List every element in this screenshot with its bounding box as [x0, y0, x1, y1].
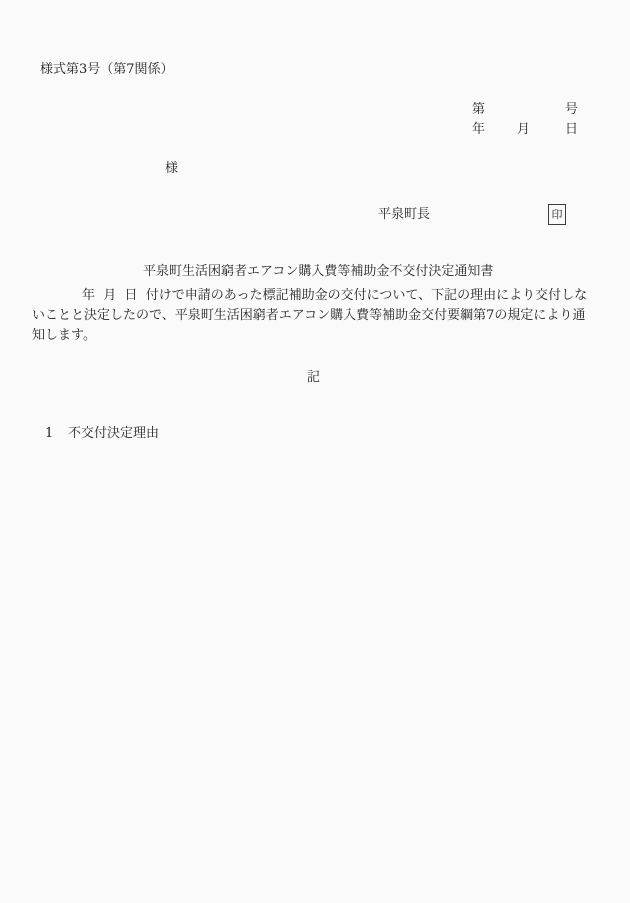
- item-1-number: 1: [45, 426, 53, 442]
- item-1-label: 不交付決定理由: [68, 426, 159, 442]
- seal-box: 印: [548, 204, 566, 225]
- record-heading: 記: [307, 370, 320, 386]
- date-day-label: 日: [565, 122, 578, 138]
- seal-character: 印: [552, 208, 563, 221]
- notice-document-page: 様式第3号（第7関係） 第 号 年 月 日 様 平泉町長 印 平泉町生活困窮者エ…: [0, 0, 630, 903]
- body-text-line-1: 年 月 日 付けで申請のあった標記補助金の交付について、下記の理由により交付しな: [82, 288, 587, 304]
- form-number-label: 様式第3号（第7関係）: [40, 62, 174, 78]
- document-number-suffix: 号: [565, 102, 578, 118]
- date-year-label: 年: [472, 122, 485, 138]
- body-text-line-2: いことと決定したので、平泉町生活困窮者エアコン購入費等補助金交付要綱第7の規定に…: [32, 308, 585, 324]
- body-text-line-3: 知します。: [32, 328, 96, 344]
- document-title: 平泉町生活困窮者エアコン購入費等補助金不交付決定通知書: [143, 264, 493, 280]
- sender-title: 平泉町長: [378, 207, 430, 223]
- document-number-prefix: 第: [472, 102, 485, 118]
- date-month-label: 月: [517, 122, 530, 138]
- addressee-honorific: 様: [165, 161, 178, 177]
